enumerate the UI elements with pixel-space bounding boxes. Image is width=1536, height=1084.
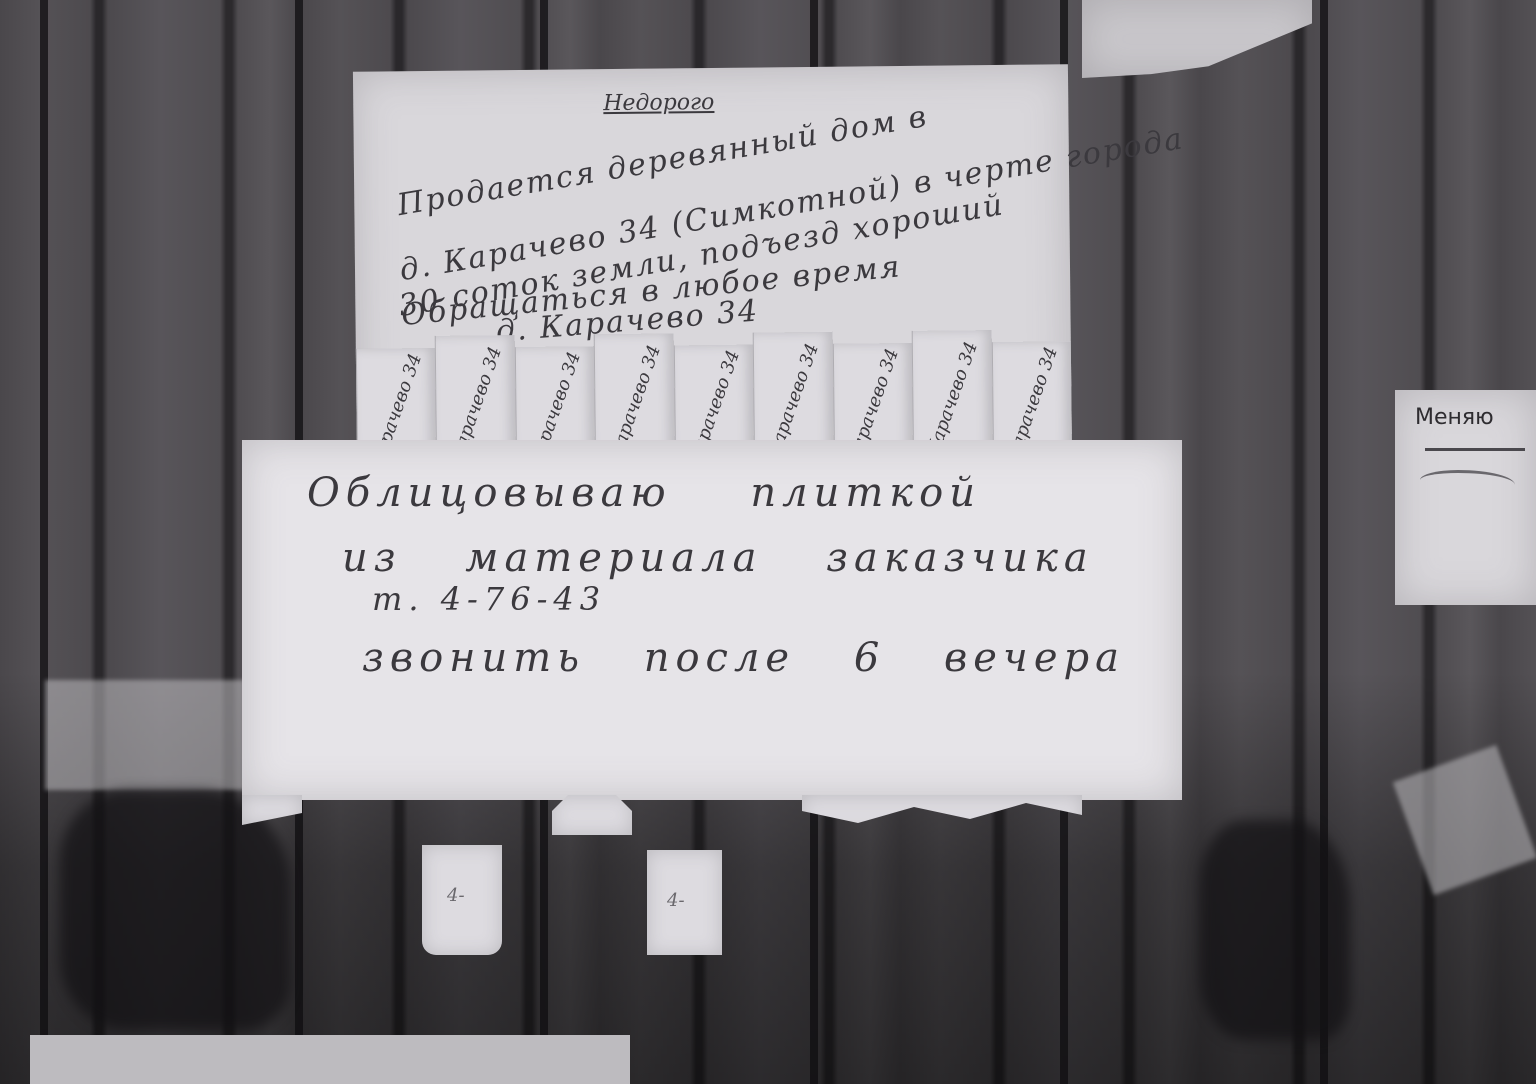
fence-stain [1200, 820, 1350, 1040]
notice-line: Облицовываю плиткой [307, 470, 981, 516]
fence-photo: Недорого Продается деревянный дом в д. К… [0, 0, 1536, 1084]
exchange-notice: Меняю [1395, 390, 1536, 605]
notice-title: Меняю [1415, 405, 1494, 430]
tear-off-tab[interactable]: 4- [422, 845, 502, 955]
torn-stub [802, 795, 1082, 835]
tab-text: 4- [667, 890, 685, 911]
tab-text: 4- [447, 885, 465, 906]
board-gap [40, 0, 48, 1084]
torn-tabs-remnants: 4- 4- [242, 795, 1182, 955]
torn-paper-fragment [1393, 745, 1536, 895]
torn-stub [242, 795, 302, 825]
notice-line: звонить после 6 вечера [362, 635, 1125, 681]
notice-line: из материала заказчика [342, 535, 1094, 581]
faded-handwriting [1420, 470, 1515, 495]
torn-stub [552, 795, 632, 835]
torn-paper-bottom [30, 1035, 630, 1084]
phone-number: т. 4-76-43 [372, 580, 606, 618]
notice-title: Недорого [603, 90, 714, 116]
old-paper-residue [45, 680, 245, 790]
tiling-notice: Облицовываю плиткой из материала заказчи… [242, 440, 1182, 800]
house-sale-notice: Недорого Продается деревянный дом в д. К… [353, 64, 1072, 471]
tear-off-tab[interactable]: 4- [647, 850, 722, 955]
torn-notice-top-right [1082, 0, 1312, 78]
underline [1425, 448, 1525, 451]
